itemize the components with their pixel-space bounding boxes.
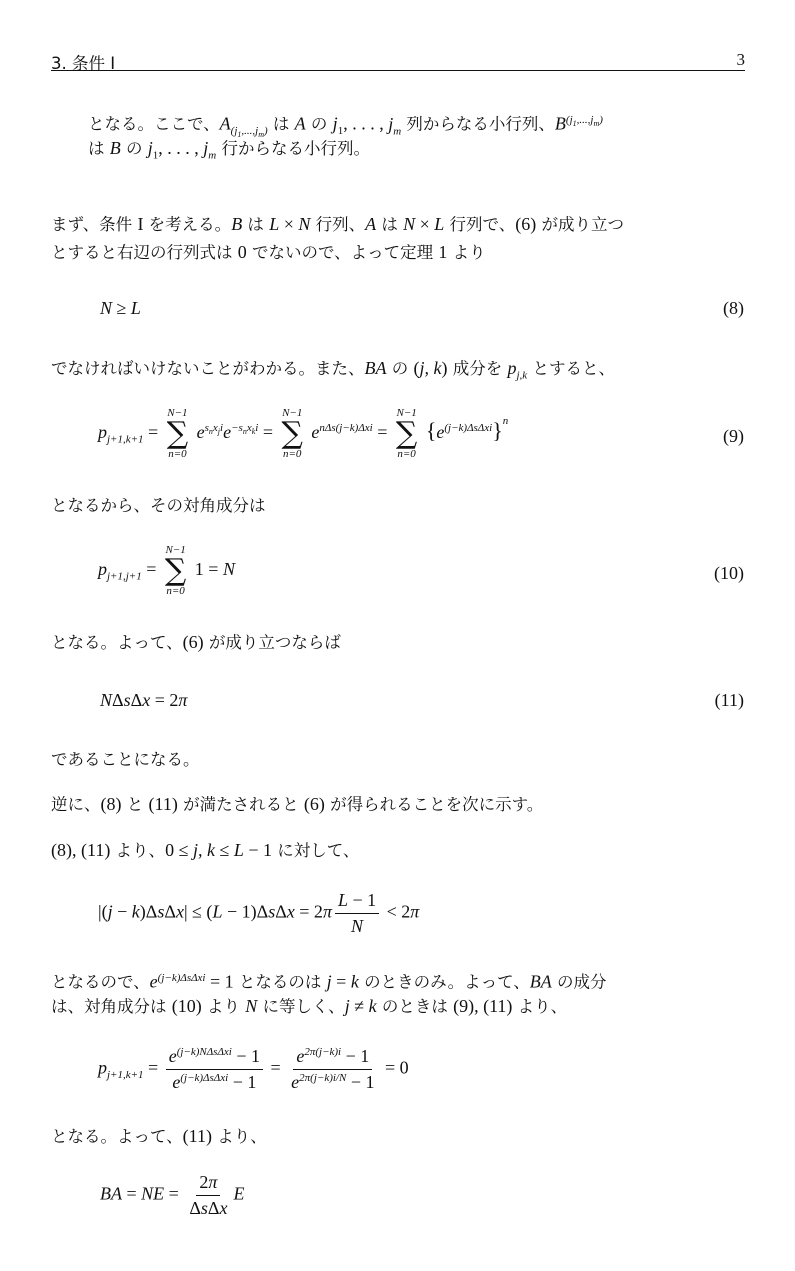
- equation-inequality: |(j − k)ΔsΔx| ≤ (L − 1)ΔsΔx = 2πL − 1N <…: [98, 890, 419, 937]
- equation-number-8: (8): [723, 298, 744, 319]
- equation-number-10: (10): [714, 563, 744, 584]
- paragraph-4: となるから、その対角成分は: [51, 492, 266, 520]
- equation-11: NΔsΔx = 2π: [100, 690, 187, 711]
- paragraph-2-line-1: まず、条件 I を考える。B は L × N 行列、A は N × L 行列で、…: [51, 210, 624, 239]
- running-header: 3. 条件 I 3: [51, 50, 745, 71]
- paragraph-7: 逆に、(8) と (11) が満たされると (6) が得られることを次に示す。: [51, 790, 543, 819]
- paragraph-1-line-2: は B の j1, . . . , jm 行からなる小行列。: [88, 134, 370, 170]
- paragraph-6: であることになる。: [51, 746, 200, 774]
- paragraph-8: (8), (11) より、0 ≤ j, k ≤ L − 1 に対して、: [51, 836, 359, 865]
- equation-10: pj+1,j+1 = N−1∑n=0 1 = N: [98, 545, 235, 597]
- equation-offdiagonal: pj+1,k+1 = e(j−k)NΔsΔxi − 1e(j−k)ΔsΔxi −…: [98, 1046, 409, 1093]
- page-number: 3: [737, 50, 746, 70]
- paper-page: 3. 条件 I 3 となる。ここで、A(j1,...,jm) は A の j1,…: [0, 0, 795, 1271]
- paragraph-3: でなければいけないことがわかる。また、BA の (j, k) 成分を pj,k …: [51, 354, 615, 390]
- paragraph-5: となる。よって、(6) が成り立つならば: [51, 628, 341, 657]
- equation-9: pj+1,k+1 = N−1∑n=0 esnxjie−snxki = N−1∑n…: [98, 408, 508, 460]
- equation-8: N ≥ L: [100, 298, 141, 319]
- paragraph-2-line-2: とすると右辺の行列式は 0 でないので、よって定理 1 より: [51, 238, 486, 267]
- section-title: 3. 条件 I: [51, 50, 115, 74]
- equation-number-9: (9): [723, 426, 744, 447]
- equation-final: BA = NE = 2πΔsΔxE: [100, 1172, 245, 1219]
- paragraph-9-line-2: は、対角成分は (10) より N に等しく、j ≠ k のときは (9), (…: [51, 992, 567, 1021]
- equation-number-11: (11): [715, 690, 744, 711]
- paragraph-10: となる。よって、(11) より、: [51, 1122, 267, 1151]
